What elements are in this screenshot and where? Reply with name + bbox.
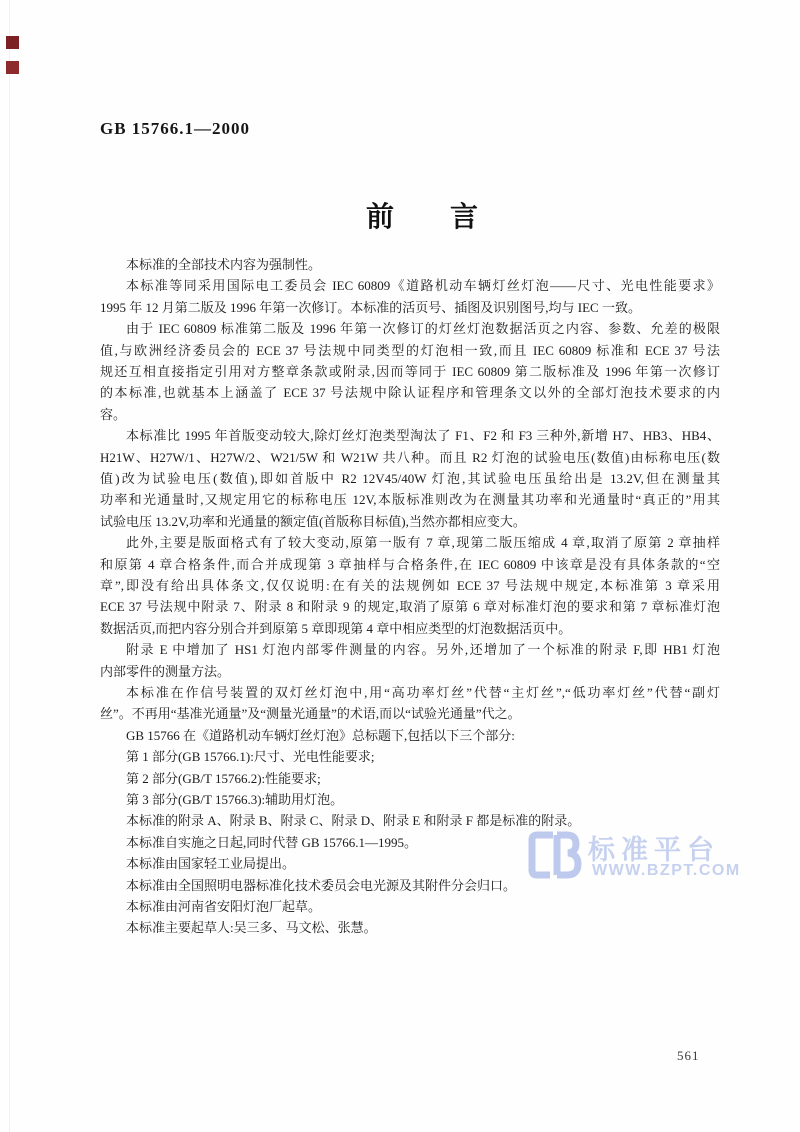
text-line: 本标准由全国照明电器标准化技术委员会电光源及其附件分会归口。 (100, 875, 720, 897)
text-line: 和原第 4 章合格条件,而合并成现第 3 章抽样与合格条件,在 IEC 6080… (100, 554, 720, 576)
text-line: 值,与欧洲经济委员会的 ECE 37 号法规中同类型的灯泡相一致,而且 IEC … (100, 340, 720, 362)
text-line: 丝”。不再用“基准光通量”及“测量光通量”的术语,而以“试验光通量”代之。 (100, 703, 720, 725)
text-line: 值)改为试验电压(数值),即如首版中 R2 12V45/40W 灯泡,其试验电压… (100, 468, 720, 490)
text-line: 由于 IEC 60809 标准第二版及 1996 年第一次修订的灯丝灯泡数据活页… (100, 318, 720, 340)
text-line: 的本标准,也就基本上涵盖了 ECE 37 号法规中除认证程序和管理条文以外的全部… (100, 382, 720, 404)
text-line: ECE 37 号法规中附录 7、附录 8 和附录 9 的规定,取消了原第 6 章… (100, 596, 720, 618)
text-line: 第 3 部分(GB/T 15766.3):辅助用灯泡。 (100, 789, 720, 811)
document-page: GB 15766.1—2000 前 言 标准平台 WWW.BZPT.COM 本标… (0, 0, 800, 1132)
text-line: 1995 年 12 月第二版及 1996 年第一次修订。本标准的活页号、插图及识… (100, 297, 720, 319)
text-line: 本标准比 1995 年首版变动较大,除灯丝灯泡类型淘汰了 F1、F2 和 F3 … (100, 425, 720, 447)
text-line: 本标准在作信号装置的双灯丝灯泡中,用“高功率灯丝”代替“主灯丝”,“低功率灯丝”… (100, 682, 720, 704)
text-line: 功率和光通量时,又规定用它的标称电压 12V,本版标准则改为在测量其功率和光通量… (100, 489, 720, 511)
text-line: 试验电压 13.2V,功率和光通量的额定值(首版称目标值),当然亦都相应变大。 (100, 511, 720, 533)
body-text: 本标准的全部技术内容为强制性。本标准等同采用国际电工委员会 IEC 60809《… (0, 0, 800, 1132)
text-line: 规还互相直接指定引用对方整章条款或附录,因而等同于 IEC 60809 第二版标… (100, 361, 720, 383)
text-line: 本标准的附录 A、附录 B、附录 C、附录 D、附录 E 和附录 F 都是标准的… (100, 810, 720, 832)
text-line: GB 15766 在《道路机动车辆灯丝灯泡》总标题下,包括以下三个部分: (100, 725, 720, 747)
text-line: 章”,即没有给出具体条文,仅仅说明:在有关的法规例如 ECE 37 号法规中规定… (100, 575, 720, 597)
text-line: 本标准由河南省安阳灯泡厂起草。 (100, 896, 720, 918)
text-line: 容。 (100, 404, 720, 426)
text-line: 数据活页,而把内容分别合并到原第 5 章即现第 4 章中相应类型的灯泡数据活页中… (100, 618, 720, 640)
text-line: 附录 E 中增加了 HS1 灯泡内部零件测量的内容。另外,还增加了一个标准的附录… (100, 639, 720, 661)
text-line: 本标准的全部技术内容为强制性。 (100, 254, 720, 276)
text-line: 本标准自实施之日起,同时代替 GB 15766.1—1995。 (100, 832, 720, 854)
text-line: 本标准主要起草人:吴三多、马文松、张慧。 (100, 917, 720, 939)
text-line: 内部零件的测量方法。 (100, 661, 720, 683)
text-line: 此外,主要是版面格式有了较大变动,原第一版有 7 章,现第二版压缩成 4 章,取… (100, 532, 720, 554)
text-line: 第 2 部分(GB/T 15766.2):性能要求; (100, 768, 720, 790)
text-line: 本标准等同采用国际电工委员会 IEC 60809《道路机动车辆灯丝灯泡——尺寸、… (100, 275, 720, 297)
text-line: 本标准由国家轻工业局提出。 (100, 853, 720, 875)
text-line: H21W、H27W/1、H27W/2、W21/5W 和 W21W 共八种。而且 … (100, 447, 720, 469)
text-line: 第 1 部分(GB 15766.1):尺寸、光电性能要求; (100, 746, 720, 768)
